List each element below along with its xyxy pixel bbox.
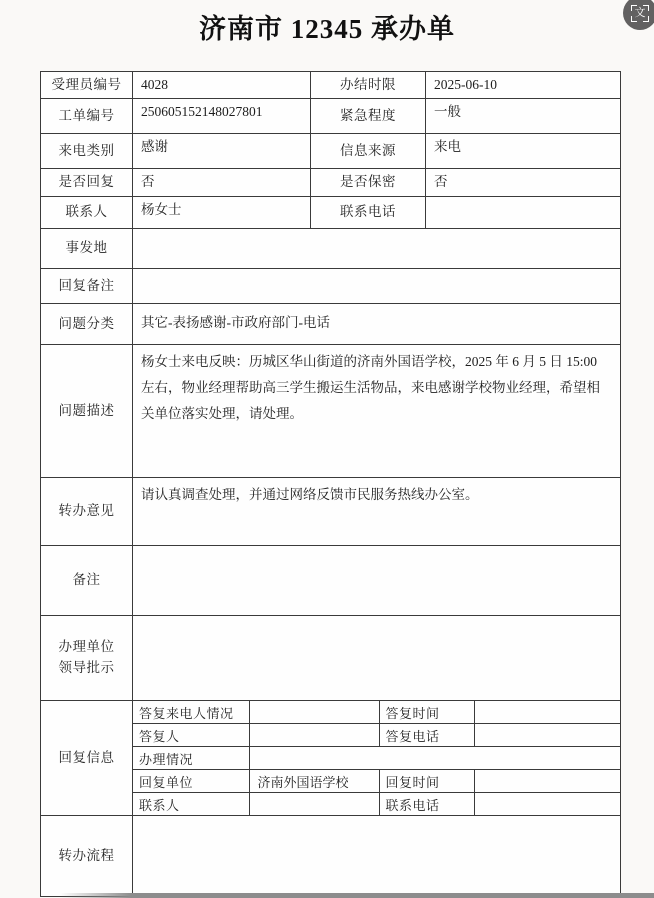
form-row-operator-id: 受理员编号 4028 办结时限 2025-06-10 <box>41 72 621 99</box>
field-value <box>133 816 621 897</box>
field-label: 答复人 <box>133 724 249 747</box>
field-label: 回复时间 <box>379 770 474 793</box>
form-row-incident-location: 事发地 <box>41 229 621 269</box>
reply-row-caller-status: 答复来电人情况 答复时间 <box>133 701 621 724</box>
field-label: 来电类别 <box>41 134 133 169</box>
field-value: 请认真调查处理，并通过网络反馈市民服务热线办公室。 <box>133 478 621 546</box>
form-row-call-category: 来电类别 感谢 信息来源 来电 <box>41 134 621 169</box>
field-label: 信息来源 <box>311 134 426 169</box>
field-value: 杨女士 <box>133 197 311 229</box>
field-label: 紧急程度 <box>311 99 426 134</box>
form-row-issue-description: 问题描述 杨女士来电反映：历城区华山街道的济南外国语学校，2025 年 6 月 … <box>41 345 621 478</box>
field-value <box>249 793 379 816</box>
field-value <box>249 701 379 724</box>
form-row-leader-instructions: 办理单位 领导批示 <box>41 616 621 701</box>
field-value: 杨女士来电反映：历城区华山街道的济南外国语学校，2025 年 6 月 5 日 1… <box>133 345 621 478</box>
form-row-issue-category: 问题分类 其它-表扬感谢-市政府部门-电话 <box>41 304 621 345</box>
field-value <box>133 616 621 701</box>
field-value <box>249 724 379 747</box>
field-label: 问题描述 <box>41 345 133 478</box>
field-label: 转办流程 <box>41 816 133 897</box>
form-row-reply-remark: 回复备注 <box>41 269 621 304</box>
field-value <box>474 724 621 747</box>
field-value <box>426 197 621 229</box>
field-value <box>133 229 621 269</box>
form-row-reply-flag: 是否回复 否 是否保密 否 <box>41 169 621 197</box>
field-label: 回复备注 <box>41 269 133 304</box>
field-label: 问题分类 <box>41 304 133 345</box>
field-value: 其它-表扬感谢-市政府部门-电话 <box>133 304 621 345</box>
reply-row-contact: 联系人 联系电话 <box>133 793 621 816</box>
field-label: 转办意见 <box>41 478 133 546</box>
field-value: 来电 <box>426 134 621 169</box>
form-row-transfer-process: 转办流程 <box>41 816 621 897</box>
form-row-remark: 备注 <box>41 546 621 616</box>
field-label: 联系电话 <box>379 793 474 816</box>
field-label: 答复电话 <box>379 724 474 747</box>
field-label: 答复时间 <box>379 701 474 724</box>
field-label: 答复来电人情况 <box>133 701 249 724</box>
form-row-transfer-opinion: 转办意见 请认真调查处理，并通过网络反馈市民服务热线办公室。 <box>41 478 621 546</box>
field-label: 办理情况 <box>133 747 249 770</box>
reply-info-cell: 答复来电人情况 答复时间 答复人 答复电话 办理情况 回复单位 <box>133 701 621 816</box>
reply-row-reply-unit: 回复单位 济南外国语学校 回复时间 <box>133 770 621 793</box>
field-value <box>474 793 621 816</box>
field-value: 2025-06-10 <box>426 72 621 99</box>
field-label: 受理员编号 <box>41 72 133 99</box>
reply-row-handling-status: 办理情况 <box>133 747 621 770</box>
field-label: 回复单位 <box>133 770 249 793</box>
field-label: 回复信息 <box>41 701 133 816</box>
field-value <box>133 546 621 616</box>
field-value: 否 <box>426 169 621 197</box>
translate-icon: 文 <box>631 5 649 22</box>
field-label: 联系人 <box>41 197 133 229</box>
field-label: 备注 <box>41 546 133 616</box>
field-value <box>474 701 621 724</box>
reply-info-table: 答复来电人情况 答复时间 答复人 答复电话 办理情况 回复单位 <box>133 701 621 815</box>
field-value: 否 <box>133 169 311 197</box>
page-title: 济南市 12345 承办单 <box>0 0 654 50</box>
field-value <box>474 770 621 793</box>
field-value <box>249 747 621 770</box>
reply-row-responder: 答复人 答复电话 <box>133 724 621 747</box>
form-row-contact: 联系人 杨女士 联系电话 <box>41 197 621 229</box>
field-value: 济南外国语学校 <box>249 770 379 793</box>
field-label: 办理单位 领导批示 <box>41 616 133 701</box>
field-label: 是否回复 <box>41 169 133 197</box>
field-value: 感谢 <box>133 134 311 169</box>
field-value: 250605152148027801 <box>133 99 311 134</box>
field-value: 一般 <box>426 99 621 134</box>
field-label: 工单编号 <box>41 99 133 134</box>
translate-image-button[interactable]: 文 <box>623 0 654 30</box>
field-label: 联系电话 <box>311 197 426 229</box>
form-row-reply-info: 回复信息 答复来电人情况 答复时间 答复人 答复电话 <box>41 701 621 816</box>
form-row-order-number: 工单编号 250605152148027801 紧急程度 一般 <box>41 99 621 134</box>
field-label: 是否保密 <box>311 169 426 197</box>
field-label: 办结时限 <box>311 72 426 99</box>
work-order-form-table: 受理员编号 4028 办结时限 2025-06-10 工单编号 25060515… <box>40 71 621 897</box>
field-value: 4028 <box>133 72 311 99</box>
field-label: 联系人 <box>133 793 249 816</box>
field-value <box>133 269 621 304</box>
scan-edge-artifact <box>60 893 654 898</box>
field-label: 事发地 <box>41 229 133 269</box>
